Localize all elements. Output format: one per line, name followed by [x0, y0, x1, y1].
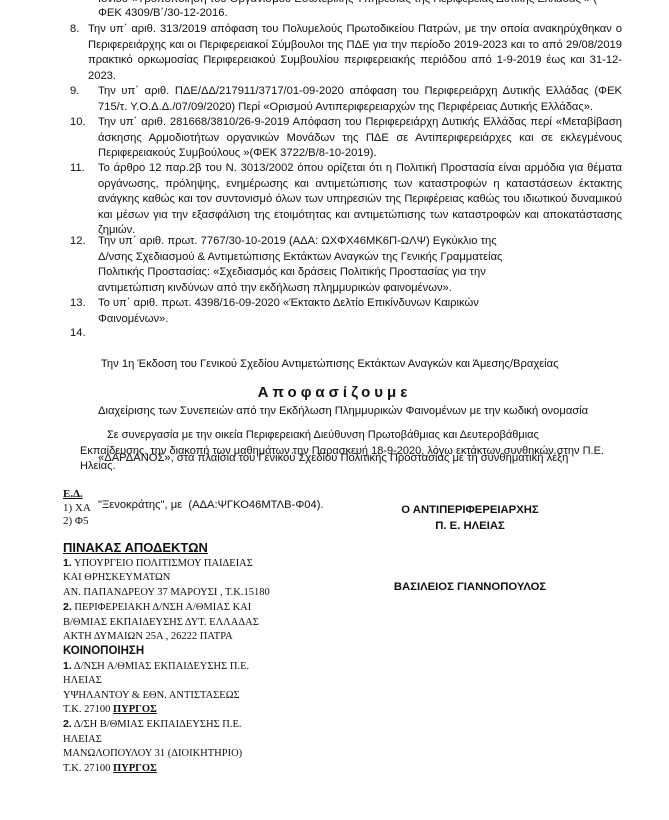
recipients-table: ΠΙΝΑΚΑΣ ΑΠΟΔΕΚΤΩΝ 1. ΥΠΟΥΡΓΕΙΟ ΠΟΛΙΤΙΣΜΟ…	[63, 540, 353, 776]
signatory-title: Ο ΑΝΤΙΠΕΡΙΦΕΡΕΙΑΡΧΗΣ Π. Ε. ΗΛΕΙΑΣ	[340, 502, 600, 534]
item-text: Την υπ΄ αριθ. 313/2019 απόφαση του Πολυμ…	[88, 22, 622, 84]
recipient-entry: 1. ΥΠΟΥΡΓΕΙΟ ΠΟΛΙΤΙΣΜΟΥ ΠΑΙΔΕΙΑΣ ΚΑΙ ΘΡΗ…	[63, 556, 353, 600]
recipient-line: Β/ΘΜΙΑΣ ΕΚΠΑΙΔΕΥΣΗΣ ΔΥΤ. ΕΛΛΑΔΑΣ	[63, 616, 353, 630]
list-item-13: 13. Το υπ΄ αριθ. πρωτ. 4398/16-09-2020 «…	[70, 296, 622, 327]
item-number: 13.	[70, 296, 86, 312]
item-line: Την 1η Έκδοση του Γενικού Σχεδίου Αντιμε…	[98, 357, 622, 373]
item-text: Την υπ΄ αριθ. 281668/3810/26-9-2019 Απόφ…	[98, 115, 622, 162]
item-number: 9.	[70, 84, 79, 100]
notification-line: ΗΛΕΙΑΣ	[63, 674, 353, 688]
list-item-8: 8. Την υπ΄ αριθ. 313/2019 απόφαση του Πο…	[70, 22, 622, 84]
signatory-unit: Π. Ε. ΗΛΕΙΑΣ	[340, 518, 600, 534]
decision-line: Εκπαίδευσης, την διακοπή των μαθημάτων τ…	[80, 444, 620, 475]
notification-number: 1.	[63, 660, 72, 672]
notification-line: ΗΛΕΙΑΣ	[63, 733, 353, 747]
notification-line: ΜΑΝΩΛΟΠΟΥΛΟΥ 31 (ΔΙΟΙΚΗΤΗΡΙΟ)	[63, 747, 353, 761]
recipient-line: ΠΕΡΙΦΕΡΕΙΑΚΗ Δ/ΝΣΗ Α/ΘΜΙΑΣ ΚΑΙ	[74, 602, 251, 613]
recipients-title: ΠΙΝΑΚΑΣ ΑΠΟΔΕΚΤΩΝ	[63, 540, 353, 556]
ed-line: 1) ΧΑ	[63, 502, 91, 516]
list-item-11: 11. Το άρθρο 12 παρ.2β του Ν. 3013/2002 …	[70, 161, 622, 239]
item-line: Πολιτικής Προστασίας: «Σχεδιασμός και δρ…	[98, 265, 538, 281]
recipient-number: 1.	[63, 557, 72, 569]
signatory-role: Ο ΑΝΤΙΠΕΡΙΦΕΡΕΙΑΡΧΗΣ	[340, 502, 600, 518]
recipient-entry: 2. ΠΕΡΙΦΕΡΕΙΑΚΗ Δ/ΝΣΗ Α/ΘΜΙΑΣ ΚΑΙ Β/ΘΜΙΑ…	[63, 600, 353, 644]
item-line: αντιμετώπιση κινδύνων από την εκδήλωση π…	[98, 281, 538, 297]
item-number: 12.	[70, 234, 86, 250]
ed-heading: Ε.Δ.	[63, 488, 91, 502]
decision-heading: Αποφασίζουμε	[0, 384, 669, 401]
item-line: Διαχείρισης των Συνεπειών από την Εκδήλω…	[98, 404, 622, 420]
recipient-line: ΚΑΙ ΘΡΗΣΚΕΥΜΑΤΩΝ	[63, 571, 353, 585]
item-text: Την υπ΄ αριθ. ΠΔΕ/ΔΔ/217911/3717/01-09-2…	[98, 84, 622, 115]
item-text: Το άρθρο 12 παρ.2β του Ν. 3013/2002 όπου…	[98, 161, 622, 239]
notification-line: Δ/ΝΣΗ Α/ΘΜΙΑΣ ΕΚΠΑΙΔΕΥΣΗΣ Π.Ε.	[74, 661, 249, 672]
notification-number: 2.	[63, 718, 72, 730]
item-text: Την υπ΄ αριθ. πρωτ. 7767/30-10-2019 (ΑΔΑ…	[98, 234, 538, 296]
decision-line: Σε συνεργασία με την οικεία Περιφερειακή…	[80, 428, 620, 444]
internal-distribution: Ε.Δ. 1) ΧΑ 2) Φ5	[63, 488, 91, 529]
list-item-10: 10. Την υπ΄ αριθ. 281668/3810/26-9-2019 …	[70, 115, 622, 162]
recipient-line: ΑΚΤΗ ΔΥΜΑΙΩΝ 25Α , 26222 ΠΑΤΡΑ	[63, 630, 353, 644]
notification-line: Δ/ΣΗ Β/ΘΜΙΑΣ ΕΚΠΑΙΔΕΥΣΗΣ Π.Ε.	[74, 719, 242, 730]
recipient-line: ΥΠΟΥΡΓΕΙΟ ΠΟΛΙΤΙΣΜΟΥ ΠΑΙΔΕΙΑΣ	[74, 558, 253, 569]
decision-paragraph: Σε συνεργασία με την οικεία Περιφερειακή…	[80, 428, 620, 475]
list-item-7-continuation: ΦΕΚ 4309/Β΄/30-12-2016.	[70, 6, 622, 22]
item-number: 11.	[70, 161, 85, 177]
notification-line: ΥΨΗΛΑΝΤΟΥ & ΕΘΝ. ΑΝΤΙΣΤΑΣΕΩΣ	[63, 689, 353, 703]
notification-entry: 2. Δ/ΣΗ Β/ΘΜΙΑΣ ΕΚΠΑΙΔΕΥΣΗΣ Π.Ε. ΗΛΕΙΑΣ …	[63, 717, 353, 776]
recipient-line: ΑΝ. ΠΑΠΑΝΔΡΕΟΥ 37 ΜΑΡΟΥΣΙ , Τ.Κ.15180	[63, 586, 353, 600]
item-line: Την υπ΄ αριθ. πρωτ. 7767/30-10-2019 (ΑΔΑ…	[98, 234, 538, 250]
postal-code: Τ.Κ. 27100	[63, 704, 110, 715]
item-text: Το υπ΄ αριθ. πρωτ. 4398/16-09-2020 «Έκτα…	[98, 296, 538, 327]
notification-entry: 1. Δ/ΝΣΗ Α/ΘΜΙΑΣ ΕΚΠΑΙΔΕΥΣΗΣ Π.Ε. ΗΛΕΙΑΣ…	[63, 659, 353, 718]
city: ΠΥΡΓΟΣ	[113, 704, 157, 715]
city: ΠΥΡΓΟΣ	[113, 763, 157, 774]
item-number: 8.	[70, 22, 79, 38]
list-item-9: 9. Την υπ΄ αριθ. ΠΔΕ/ΔΔ/217911/3717/01-0…	[70, 84, 622, 115]
document-page: Ιονίου «Τροποποίηση του Οργανισμού Εσωτε…	[0, 0, 669, 820]
item-text: ΦΕΚ 4309/Β΄/30-12-2016.	[98, 6, 622, 22]
recipient-number: 2.	[63, 601, 72, 613]
notification-title: ΚΟΙΝΟΠΟΙΗΣΗ	[63, 644, 353, 658]
item-number: 14.	[70, 326, 86, 342]
item-line: Δ/νσης Σχεδιασμού & Αντιμετώπισης Εκτάκτ…	[98, 250, 538, 266]
ed-line: 2) Φ5	[63, 515, 91, 529]
item-number: 10.	[70, 115, 86, 131]
item-line: Φαινομένων».	[98, 312, 538, 328]
postal-code: Τ.Κ. 27100	[63, 763, 110, 774]
list-item-12: 12. Την υπ΄ αριθ. πρωτ. 7767/30-10-2019 …	[70, 234, 622, 296]
item-line: Το υπ΄ αριθ. πρωτ. 4398/16-09-2020 «Έκτα…	[98, 296, 538, 312]
signatory-name: ΒΑΣΙΛΕΙΟΣ ΓΙΑΝΝΟΠΟΥΛΟΣ	[340, 579, 600, 595]
